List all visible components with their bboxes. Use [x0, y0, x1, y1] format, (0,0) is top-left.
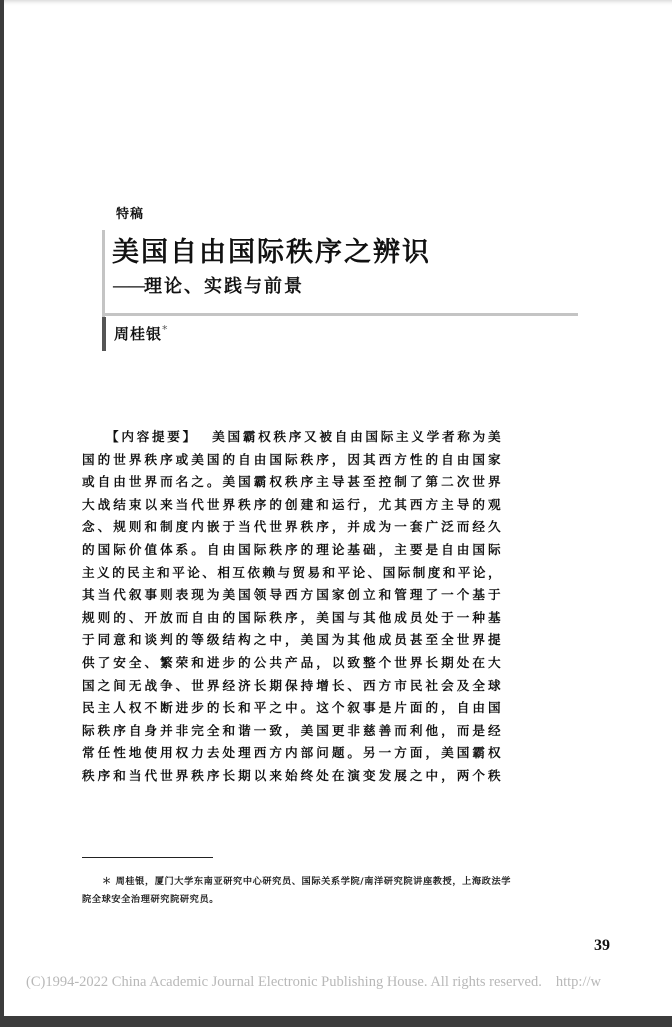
abstract-line: 际秩序自身并非完全和谐一致，美国更非慈善而利他，而是经 [82, 720, 502, 743]
author-footnote-marker: * [162, 323, 169, 336]
subtitle-dash: —— [112, 276, 144, 297]
abstract-line: 【内容提要】 美国霸权秩序又被自由国际主义学者称为美 [82, 426, 502, 449]
abstract-line: 主义的民主和平论、相互依赖与贸易和平论、国际制度和平论， [82, 562, 502, 585]
abstract-line: 民主人权不断进步的长和平之中。这个叙事是片面的，自由国 [82, 697, 502, 720]
abstract-line: 常任性地使用权力去处理西方内部问题。另一方面，美国霸权 [82, 742, 502, 765]
copyright-url: http://w [556, 974, 601, 990]
article-title: 美国自由国际秩序之辨识 [112, 230, 431, 269]
title-divider [102, 313, 578, 316]
abstract-line: 供了安全、繁荣和进步的公共产品，以致整个世界长期处在大 [82, 652, 502, 675]
page-number: 39 [594, 937, 610, 955]
abstract-line: 国的世界秩序或美国的自由国际秩序，因其西方性的自由国家 [82, 449, 502, 472]
copyright-text: (C)1994-2022 China Academic Journal Elec… [26, 974, 542, 990]
abstract-line: 规则的、开放而自由的国际秩序，美国与其他成员处于一种基 [82, 607, 502, 630]
abstract-line: 秩序和当代世界秩序长期以来始终处在演变发展之中，两个秩 [82, 765, 502, 788]
subtitle-text: 理论、实践与前景 [144, 276, 304, 297]
abstract-line: 或自由世界而名之。美国霸权秩序主导甚至控制了第二次世界 [82, 471, 502, 494]
footnote-line: 院全球安全治理研究院研究员。 [82, 891, 612, 909]
footnote-line: ＊ 周桂银，厦门大学东南亚研究中心研究员、国际关系学院/南洋研究院讲座教授，上海… [82, 873, 612, 891]
abstract-line: 于同意和谈判的等级结构之中，美国为其他成员甚至全世界提 [82, 629, 502, 652]
author-line: 周桂银* [114, 323, 169, 344]
author-accent-bar [102, 317, 106, 351]
abstract-line: 的国际价值体系。自由国际秩序的理论基础，主要是自由国际 [82, 539, 502, 562]
abstract-line: 国之间无战争、世界经济长期保持增长、西方市民社会及全球 [82, 675, 502, 698]
abstract-line: 念、规则和制度内嵌于当代世界秩序，并成为一套广泛而经久 [82, 516, 502, 539]
author-footnote: ＊ 周桂银，厦门大学东南亚研究中心研究员、国际关系学院/南洋研究院讲座教授，上海… [82, 873, 612, 909]
footnote-divider [82, 857, 213, 858]
abstract: 【内容提要】 美国霸权秩序又被自由国际主义学者称为美 国的世界秩序或美国的自由国… [82, 426, 502, 788]
copyright-notice: (C)1994-2022 China Academic Journal Elec… [26, 974, 601, 991]
article-subtitle: ——理论、实践与前景 [112, 272, 304, 298]
abstract-label: 【内容提要】 [106, 429, 198, 444]
document-page: 特稿 美国自由国际秩序之辨识 ——理论、实践与前景 周桂银* 【内容提要】 美国… [4, 0, 672, 1016]
abstract-line: 其当代叙事则表现为美国领导西方国家创立和管理了一个基于 [82, 584, 502, 607]
author-name: 周桂银 [114, 325, 162, 343]
abstract-line: 大战结束以来当代世界秩序的创建和运行，尤其西方主导的观 [82, 494, 502, 517]
title-accent-bar [102, 230, 105, 318]
section-label: 特稿 [116, 203, 144, 222]
